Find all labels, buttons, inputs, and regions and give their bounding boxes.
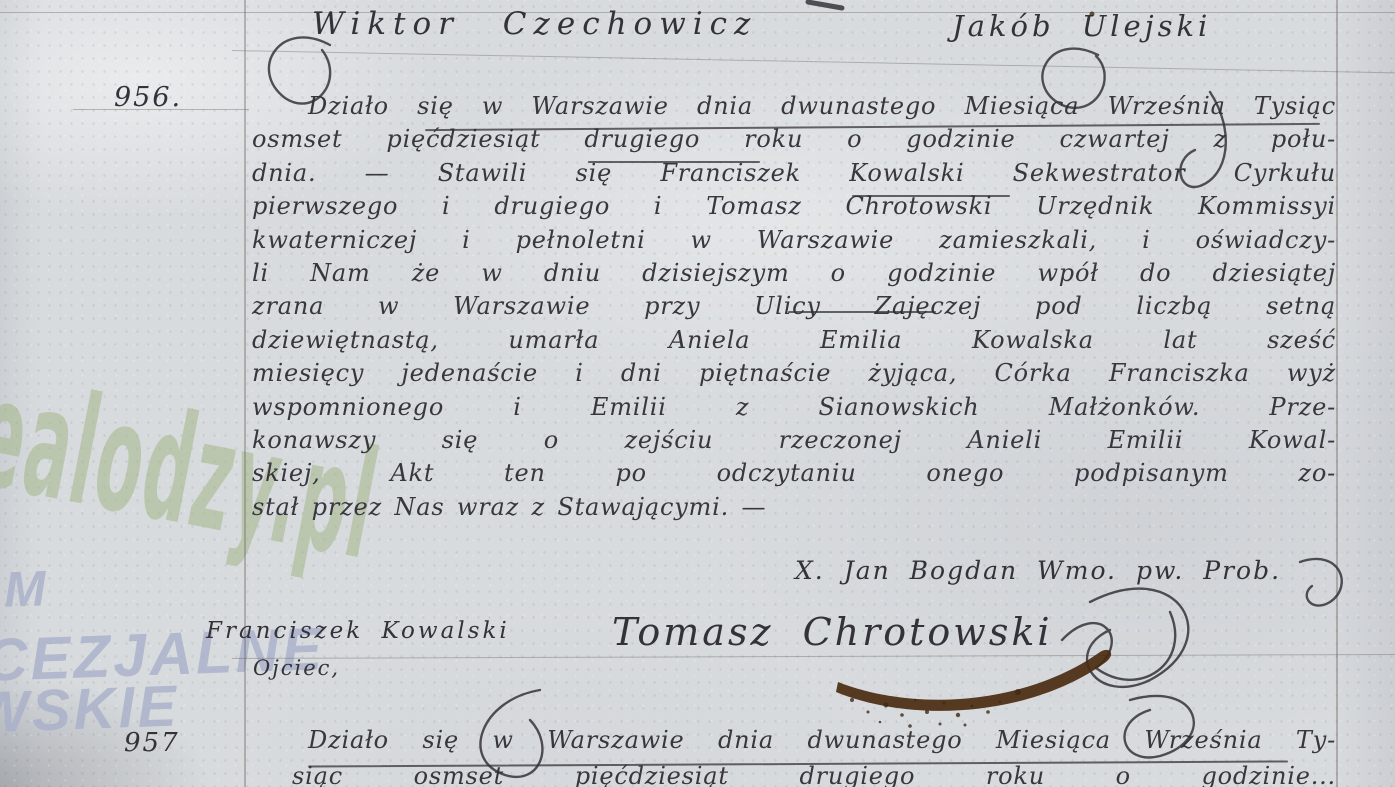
record-956-line: pierwszego i drugiego i Tomasz Chrotowsk… (252, 190, 1336, 223)
flourish-witness-tail (1062, 612, 1175, 680)
father-signature: Franciszek Kowalski (206, 618, 510, 644)
record-956-line: miesięcy jedenaście i dni piętnaście żyj… (252, 357, 1336, 390)
witness-signature: Tomasz Chrotowski (612, 610, 1053, 654)
record-956-number: 956. (114, 82, 182, 113)
record-957-line: siąc osmset pięćdziesiąt drugiego roku o… (252, 758, 1336, 787)
officiant-signature: X. Jan Bogdan Wmo. pw. Prob. (795, 556, 1281, 585)
margin-line-right (1336, 0, 1338, 787)
ruled-line-signatures (232, 654, 1395, 659)
record-956-line: skiej, Akt ten po odczytaniu onego podpi… (252, 457, 1336, 490)
record-957-body: Działo się w Warszawie dnia dwunastego M… (252, 722, 1336, 787)
ruled-line-header (232, 50, 1395, 74)
ink-underline (852, 195, 1010, 197)
record-956-line: konawszy się o zejściu rzeczonej Anieli … (252, 424, 1336, 457)
header-signature-right: Jakób Ulejski (952, 9, 1211, 43)
margin-line-left (244, 0, 246, 787)
ink-underline (588, 161, 760, 163)
death-register-scan: genealodzy.pl M CEZJALNE WSKIE Wiktor Cz… (0, 0, 1395, 787)
record-956-line: li Nam że w dniu dzisiejszym o godzinie … (252, 257, 1336, 290)
record-956-line: kwaterniczej i pełnoletni w Warszawie za… (252, 224, 1336, 257)
ink-mark-top (808, 2, 842, 8)
watermark-archive-line1: M (3, 559, 50, 619)
flourish-right-loop (1087, 589, 1188, 687)
record-956-line: zrana w Warszawie przy Ulicy Zajęczej po… (252, 290, 1336, 323)
record-957-number: 957 (124, 728, 180, 758)
ink-underline (788, 311, 936, 313)
record-956-line: wspomnionego i Emilii z Sianowskich Małż… (252, 391, 1336, 424)
record-956-line: dnia. — Stawili się Franciszek Kowalski … (252, 157, 1336, 190)
signature-rubric-brown (836, 650, 1111, 711)
record-956-line: dziewiętnastą, umarła Aniela Emilia Kowa… (252, 324, 1336, 357)
record-956-line: Działo się w Warszawie dnia dwunastego M… (252, 90, 1336, 123)
record-957-line: Działo się w Warszawie dnia dwunastego M… (252, 722, 1336, 758)
header-signature-left: Wiktor Czechowicz (312, 6, 757, 42)
record-956-line: stał przez Nas wraz z Stawającymi. — (252, 491, 1336, 524)
record-956-body: Działo się w Warszawie dnia dwunastego M… (252, 90, 1336, 524)
father-signature-role: Ojciec, (253, 656, 340, 680)
